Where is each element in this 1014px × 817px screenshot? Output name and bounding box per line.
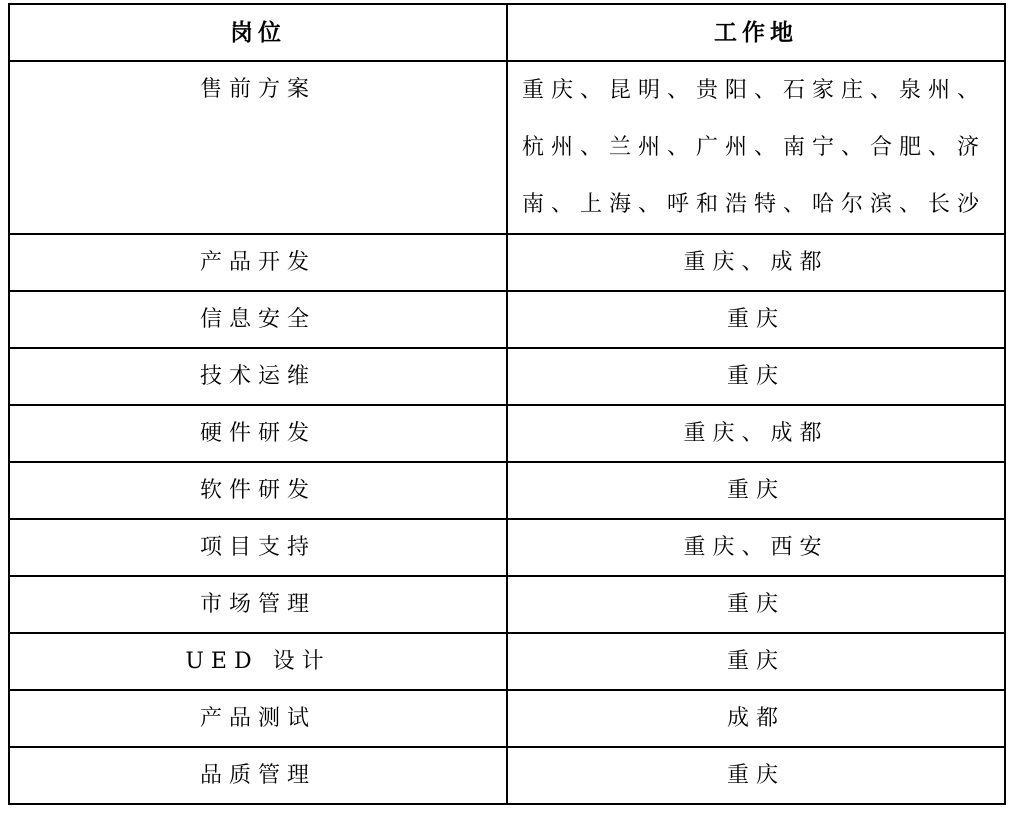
column-header-position: 岗位 [9, 4, 507, 61]
table-row: 硬件研发 重庆、成都 [9, 405, 1005, 462]
position-cell: 项目支持 [9, 519, 507, 576]
table-row: 品质管理 重庆 [9, 747, 1005, 804]
location-cell: 重庆、成都 [507, 234, 1005, 291]
table-row: 售前方案 重庆、昆明、贵阳、石家庄、泉州、 杭州、兰州、广州、南宁、合肥、济 南… [9, 61, 1005, 234]
table-row: UED 设计 重庆 [9, 633, 1005, 690]
table-row: 项目支持 重庆、西安 [9, 519, 1005, 576]
position-cell: UED 设计 [9, 633, 507, 690]
table-row: 产品测试 成都 [9, 690, 1005, 747]
position-cell: 产品测试 [9, 690, 507, 747]
table-row: 软件研发 重庆 [9, 462, 1005, 519]
position-cell: 信息安全 [9, 291, 507, 348]
position-cell: 售前方案 [9, 61, 507, 234]
location-cell: 重庆、昆明、贵阳、石家庄、泉州、 杭州、兰州、广州、南宁、合肥、济 南、上海、呼… [507, 61, 1005, 234]
location-cell: 重庆、西安 [507, 519, 1005, 576]
position-cell: 产品开发 [9, 234, 507, 291]
location-cell: 重庆 [507, 348, 1005, 405]
position-cell: 硬件研发 [9, 405, 507, 462]
location-cell: 成都 [507, 690, 1005, 747]
position-cell: 技术运维 [9, 348, 507, 405]
location-cell: 重庆 [507, 747, 1005, 804]
position-cell: 品质管理 [9, 747, 507, 804]
header-row: 岗位 工作地 [9, 4, 1005, 61]
table-row: 产品开发 重庆、成都 [9, 234, 1005, 291]
location-cell: 重庆 [507, 633, 1005, 690]
location-cell: 重庆 [507, 291, 1005, 348]
table-row: 技术运维 重庆 [9, 348, 1005, 405]
location-cell: 重庆 [507, 576, 1005, 633]
position-cell: 市场管理 [9, 576, 507, 633]
location-cell: 重庆、成都 [507, 405, 1005, 462]
column-header-location: 工作地 [507, 4, 1005, 61]
location-cell: 重庆 [507, 462, 1005, 519]
table-row: 信息安全 重庆 [9, 291, 1005, 348]
table-row: 市场管理 重庆 [9, 576, 1005, 633]
job-location-table: 岗位 工作地 售前方案 重庆、昆明、贵阳、石家庄、泉州、 杭州、兰州、广州、南宁… [8, 3, 1006, 805]
position-cell: 软件研发 [9, 462, 507, 519]
